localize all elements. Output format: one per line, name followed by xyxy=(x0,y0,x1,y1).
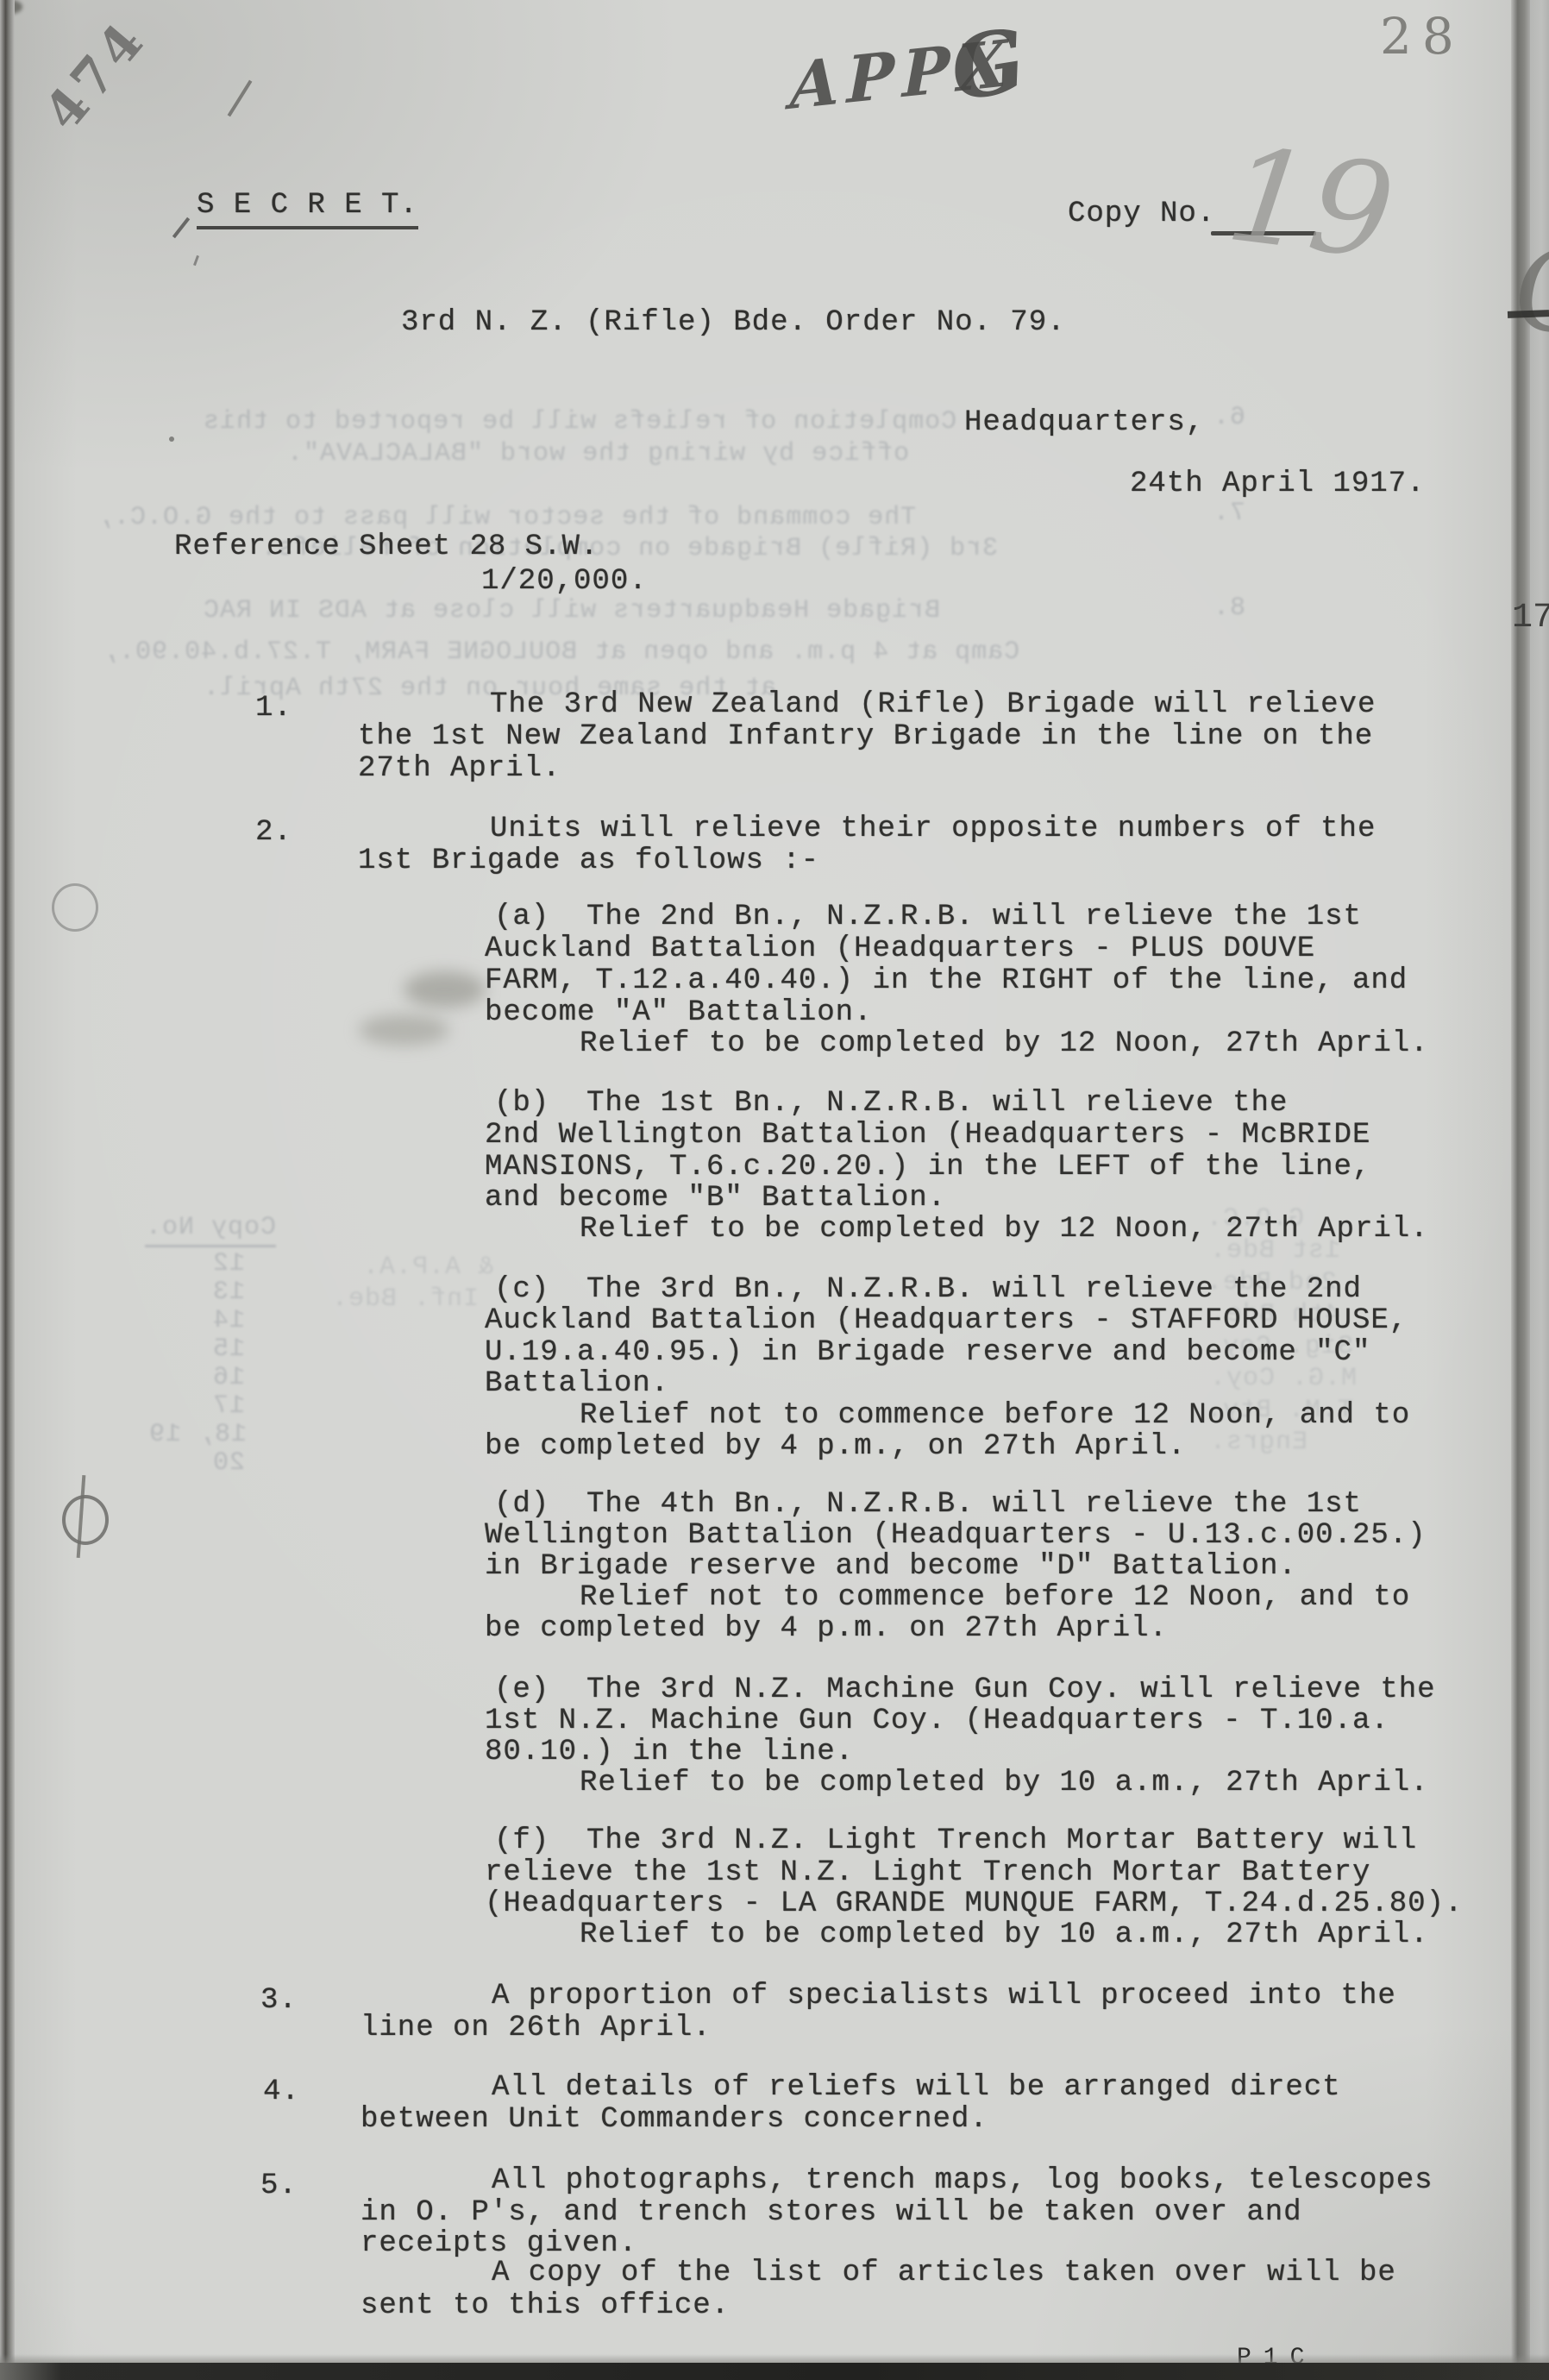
margin-page-number: 17 xyxy=(1512,599,1549,637)
punch-hole xyxy=(52,883,98,932)
handwritten-file-number: 474 xyxy=(33,9,159,142)
punch-hole xyxy=(62,1495,109,1545)
handwritten-copy-number: 19 xyxy=(1220,120,1402,289)
cut-off-text-fragment: P1C xyxy=(1237,2345,1316,2371)
margin-ink-dash xyxy=(1508,310,1549,318)
handwritten-appendix-letter: G xyxy=(944,9,1032,121)
handwritten-margin-letter: G xyxy=(1515,226,1549,357)
scanned-document-page: 6.Completion of reliefs will be reported… xyxy=(0,0,1549,2380)
handwriting-layer: 28 APPX G 474 19 xyxy=(0,0,1549,2380)
handwritten-page-number: 28 xyxy=(1380,7,1464,66)
